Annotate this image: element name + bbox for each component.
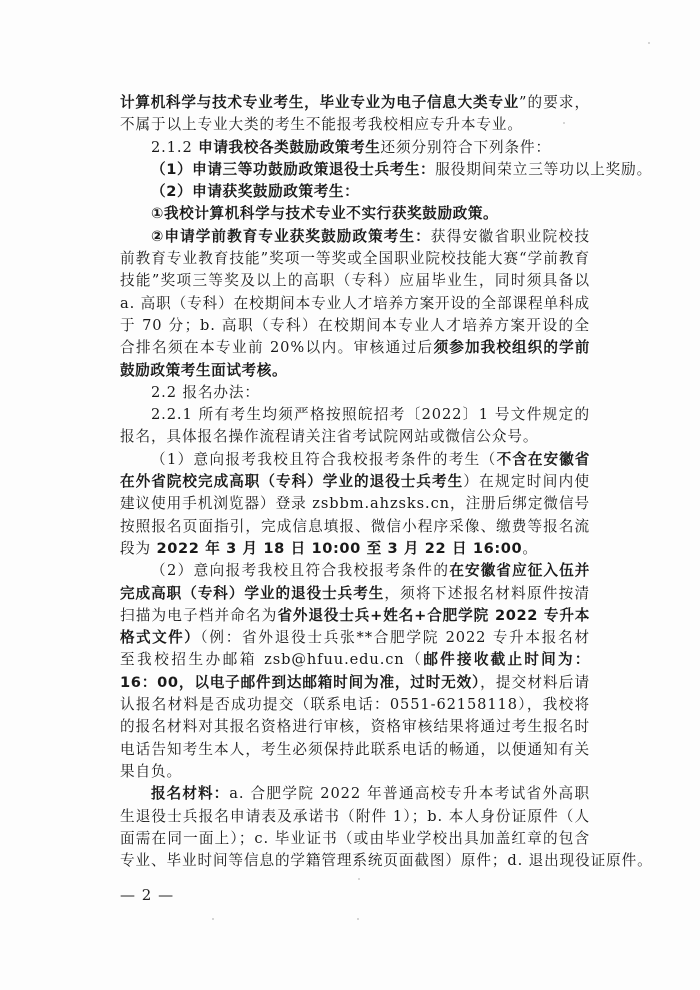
text-segment: 于 70 分；b. 高职（专科）在校期间本专业人才培养方案开设的全部课程成绩综	[120, 317, 590, 337]
bold-text-segment: ①我校计算机科学与技术专业不实行获奖鼓励政策。	[151, 205, 498, 222]
scan-speck	[357, 918, 359, 920]
text-segment: 2.2.1 所有考生均须严格按照皖招考〔2022〕1 号文件规定的报名办法进行	[151, 406, 590, 426]
text-segment: 果自负。	[120, 763, 182, 780]
text-line: 16：00，以电子邮件到达邮箱时间为准，过时无效），提交材料后请考生电话确	[120, 672, 590, 694]
bold-text-segment: 报名材料：	[151, 785, 229, 802]
text-line: ①我校计算机科学与技术专业不实行获奖鼓励政策。	[120, 203, 590, 225]
scan-speck	[358, 878, 360, 880]
bold-text-segment: 完成高职（专科）学业的退役士兵考生	[120, 585, 384, 602]
bold-text-segment: 2022 年 3 月 18 日 10:00 至 3 月 22 日 16:00	[157, 540, 523, 557]
text-segment: 扫描为电子档并命名为	[120, 607, 277, 624]
text-segment: （2）意向报考我校且符合我校报考条件的	[151, 562, 449, 579]
text-segment: （1）意向报考我校且符合我校报考条件的考生（	[151, 451, 497, 468]
text-segment: 2.1.2	[151, 139, 198, 156]
text-line: 生退役士兵报名申请表及承诺书（附件 1）；b. 本人身份证原件（人像面和国徽	[120, 806, 590, 828]
text-line: （1）申请三等功鼓励政策退役士兵考生：服役期间荣立三等功以上奖励。	[120, 159, 590, 181]
text-line: 2.1.2 申请我校各类鼓励政策考生还须分别符合下列条件：	[120, 137, 590, 159]
text-segment: 前教育专业教育技能”奖项一等奖或全国职业院校技能大赛“学前教育专业教育	[120, 250, 590, 270]
text-line: 认报名材料是否成功提交（联系电话：0551-62158118），我校将依据考生提…	[120, 694, 590, 716]
text-line: 在外省院校完成高职（专科）学业的退役士兵考生）在规定时间内使用电脑（不	[120, 471, 590, 493]
text-segment: 建议使用手机浏览器）登录 zsbbm.ahzsks.cn，注册后绑定微信号和手机…	[120, 495, 590, 515]
text-segment: 专业、毕业时间等信息的学籍管理系统页面截图）原件；d. 退出现役证原件。	[120, 852, 653, 869]
text-segment: a. 高职（专科）在校期间本专业人才培养方案开设的全部课程单科成绩均不得低	[120, 295, 590, 315]
text-line: 果自负。	[120, 761, 590, 783]
text-line: 面需在同一面上）；c. 毕业证书（或由毕业学校出具加盖红章的包含就读学校、	[120, 828, 590, 850]
page-number: — 2 —	[120, 884, 174, 906]
text-line: 完成高职（专科）学业的退役士兵考生，须将下述报名材料原件按清单顺序编号	[120, 583, 590, 605]
text-line: 扫描为电子档并命名为省外退役士兵+姓名+合肥学院 2022 专升本报名材料（pd…	[120, 605, 590, 627]
bold-text-segment: 申请我校各类鼓励政策考生	[198, 139, 380, 156]
text-line: 2.2.1 所有考生均须严格按照皖招考〔2022〕1 号文件规定的报名办法进行	[120, 404, 590, 426]
text-segment: 。	[522, 540, 538, 557]
text-line: 建议使用手机浏览器）登录 zsbbm.ahzsks.cn，注册后绑定微信号和手机…	[120, 493, 590, 515]
text-segment: 不属于以上专业大类的考生不能报考我校相应专升本专业。	[120, 116, 523, 133]
text-line: 格式文件）（例：省外退役士兵张**合肥学院 2022 专升本报名材料.pdf）发…	[120, 627, 590, 649]
bold-text-segment: 在外省院校完成高职（专科）学业的退役士兵考生	[120, 473, 463, 490]
text-segment: 段为	[120, 540, 157, 557]
text-segment: 还须分别符合下列条件：	[381, 139, 551, 156]
text-line: 电话告知考生本人，考生必须保持此联系电话的畅通，以便通知有关事宜，否则后	[120, 739, 590, 761]
text-segment: 按照报名页面指引，完成信息填报、微信小程序采像、缴费等报名流程，报名时	[120, 518, 590, 538]
scan-speck	[212, 918, 214, 920]
text-segment: 至我校招生办邮箱 zsb@hfuu.edu.cn（	[120, 651, 423, 668]
text-line: 至我校招生办邮箱 zsb@hfuu.edu.cn（邮件接收截止时间为：2022 …	[120, 649, 590, 671]
text-segment: 认报名材料是否成功提交（联系电话：0551-62158118），我校将依据考生提…	[120, 696, 590, 716]
text-segment: 2.2 报名办法：	[151, 384, 260, 401]
text-segment: 报名，具体报名操作流程请关注省考试院网站或微信公众号。	[120, 428, 538, 445]
document-body: 计算机科学与技术专业考生，毕业专业为电子信息大类专业”的要求，毕业专业不属于以上…	[120, 92, 590, 872]
text-line: （2）申请获奖鼓励政策考生：	[120, 181, 590, 203]
bold-text-segment: （2）申请获奖鼓励政策考生：	[151, 183, 359, 200]
text-line: 段为 2022 年 3 月 18 日 10:00 至 3 月 22 日 16:0…	[120, 538, 590, 560]
text-line: 的报名材料对其报名资格进行审核，资格审核结果将通过考生报名时提交的联系	[120, 716, 590, 738]
text-segment: 的报名材料对其报名资格进行审核，资格审核结果将通过考生报名时提交的联系	[120, 718, 590, 738]
text-line: ②申请学前教育专业获奖鼓励政策考生：获得安徽省职业院校技能大赛“学	[120, 226, 590, 248]
text-line: 不属于以上专业大类的考生不能报考我校相应专升本专业。	[120, 114, 590, 136]
text-segment: 技能”奖项三等奖及以上的高职（专科）应届毕业生，同时须具备以下全部条件：	[120, 272, 590, 292]
text-line: 技能”奖项三等奖及以上的高职（专科）应届毕业生，同时须具备以下全部条件：	[120, 270, 590, 292]
text-segment: 生退役士兵报名申请表及承诺书（附件 1）；b. 本人身份证原件（人像面和国徽	[120, 808, 590, 828]
text-segment: 合排名须在本专业前 20%以内。审核通过后	[120, 339, 434, 356]
text-segment: 服役期间荣立三等功以上奖励。	[435, 161, 652, 178]
text-line: （1）意向报考我校且符合我校报考条件的考生（不含在安徽省应征入伍并	[120, 449, 590, 471]
text-line: 计算机科学与技术专业考生，毕业专业为电子信息大类专业”的要求，毕业专业	[120, 92, 590, 114]
text-line: （2）意向报考我校且符合我校报考条件的在安徽省应征入伍并在外省院校	[120, 560, 590, 582]
bold-text-segment: （1）申请三等功鼓励政策退役士兵考生：	[151, 161, 435, 178]
text-segment: 面需在同一面上）；c. 毕业证书（或由毕业学校出具加盖红章的包含就读学校、	[120, 830, 590, 850]
bold-text-segment: 格式文件）	[120, 629, 200, 646]
bold-text-segment: 计算机科学与技术专业考生，毕业专业为电子信息大类专业	[120, 94, 519, 111]
text-line: 前教育专业教育技能”奖项一等奖或全国职业院校技能大赛“学前教育专业教育	[120, 248, 590, 270]
text-line: 2.2 报名办法：	[120, 382, 590, 404]
text-line: 鼓励政策考生面试考核。	[120, 360, 590, 382]
text-line: a. 高职（专科）在校期间本专业人才培养方案开设的全部课程单科成绩均不得低	[120, 293, 590, 315]
text-line: 合排名须在本专业前 20%以内。审核通过后须参加我校组织的学前教育专业获奖	[120, 337, 590, 359]
scan-speck	[563, 122, 565, 124]
bold-text-segment: 16：00，以电子邮件到达邮箱时间为准，过时无效）	[120, 674, 480, 691]
text-line: 专业、毕业时间等信息的学籍管理系统页面截图）原件；d. 退出现役证原件。	[120, 850, 590, 872]
text-line: 报名材料：a. 合肥学院 2022 年普通高校专升本考试省外高职（专科）毕业	[120, 783, 590, 805]
bold-text-segment: ②申请学前教育专业获奖鼓励政策考生：	[151, 228, 431, 245]
text-line: 按照报名页面指引，完成信息填报、微信小程序采像、缴费等报名流程，报名时	[120, 516, 590, 538]
bold-text-segment: 鼓励政策考生面试考核。	[120, 362, 287, 379]
text-segment: 电话告知考生本人，考生必须保持此联系电话的畅通，以便通知有关事宜，否则后	[120, 741, 590, 761]
document-page: 计算机科学与技术专业考生，毕业专业为电子信息大类专业”的要求，毕业专业不属于以上…	[0, 0, 700, 990]
text-line: 于 70 分；b. 高职（专科）在校期间本专业人才培养方案开设的全部课程成绩综	[120, 315, 590, 337]
scan-speck	[648, 42, 650, 44]
text-line: 报名，具体报名操作流程请关注省考试院网站或微信公众号。	[120, 426, 590, 448]
